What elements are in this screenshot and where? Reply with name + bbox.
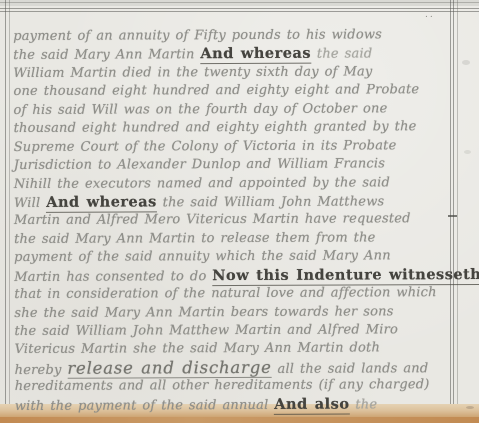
handwritten-text-segment: the said bbox=[311, 47, 372, 62]
handwritten-text-segment: Jurisdiction to Alexander Dunlop and Wil… bbox=[14, 156, 385, 173]
scan-edge-shading-top bbox=[0, 0, 479, 6]
handwritten-text-segment: of his said Will was on the fourth day o… bbox=[13, 101, 387, 118]
text-line: with the payment of the said annual And … bbox=[15, 395, 465, 415]
ruled-border-left-line1 bbox=[5, 0, 6, 423]
handwritten-text-segment: Martin has consented to do bbox=[14, 269, 212, 285]
text-line: Martin and Alfred Mero Vitericus Martin … bbox=[14, 210, 464, 230]
handwritten-text-segment: the said Mary Ann Martin to release them… bbox=[14, 230, 376, 247]
handwritten-text-segment: she the said Mary Ann Martin bears towar… bbox=[14, 304, 393, 321]
handwritten-text-segment: one thousand eight hundred and eighty ei… bbox=[13, 83, 419, 100]
handwritten-text-segment: Will bbox=[14, 196, 46, 211]
ruled-border-left-line2 bbox=[9, 0, 10, 423]
smudge bbox=[466, 406, 474, 409]
handwritten-text-segment: Nihill the executors named and appointed… bbox=[14, 175, 390, 192]
scan-edge-band-bottom-dark bbox=[0, 417, 479, 423]
text-line: the said William John Matthew Martin and… bbox=[14, 321, 464, 341]
pen-tick-mark bbox=[448, 215, 457, 217]
text-line: payment of an annuity of Fifty pounds to… bbox=[13, 26, 463, 46]
text-line: she the said Mary Ann Martin bears towar… bbox=[14, 303, 464, 323]
text-line: of his said Will was on the fourth day o… bbox=[13, 100, 463, 120]
emphasized-text-segment: And whereas bbox=[46, 193, 157, 212]
smudge bbox=[464, 150, 471, 154]
handwritten-text-segment: payment of an annuity of Fifty pounds to… bbox=[13, 27, 382, 44]
handwritten-text-segment: hereditaments and all other hereditament… bbox=[15, 377, 430, 394]
text-line: that in consideration of the natural lov… bbox=[14, 284, 464, 304]
emphasized-text-segment: And also bbox=[274, 395, 349, 414]
text-line: one thousand eight hundred and eighty ei… bbox=[13, 81, 463, 101]
handwritten-text-segment: with the payment of the said annual bbox=[15, 398, 275, 414]
text-line: Jurisdiction to Alexander Dunlop and Wil… bbox=[14, 155, 464, 175]
emphasized-text-segment: release and discharge bbox=[67, 358, 271, 379]
handwritten-text-block: payment of an annuity of Fifty pounds to… bbox=[13, 26, 465, 415]
text-line: William Martin died in the twenty sixth … bbox=[13, 63, 463, 83]
handwritten-text-segment: William Martin died in the twenty sixth … bbox=[13, 64, 372, 81]
text-line: Supreme Court of the Colony of Victoria … bbox=[14, 137, 464, 157]
text-line: hereditaments and all other hereditament… bbox=[15, 376, 465, 396]
handwritten-text-segment: hereby bbox=[15, 363, 68, 378]
text-line: Vitericus Martin she the said Mary Ann M… bbox=[15, 339, 465, 359]
text-line: Nihill the executors named and appointed… bbox=[14, 174, 464, 194]
handwritten-text-segment: thousand eight hundred and eighty eighth… bbox=[14, 119, 417, 136]
handwritten-text-segment: Vitericus Martin she the said Mary Ann M… bbox=[15, 341, 381, 358]
handwritten-text-segment: Martin and Alfred Mero Vitericus Martin … bbox=[14, 212, 411, 229]
text-line: thousand eight hundred and eighty eighth… bbox=[14, 118, 464, 138]
document-page: .. payment of an annuity of Fifty pounds… bbox=[0, 0, 479, 423]
handwritten-text-segment: Supreme Court of the Colony of Victoria … bbox=[14, 138, 397, 155]
emphasized-text-segment: And whereas bbox=[200, 45, 311, 64]
text-line: Martin has consented to do Now this Inde… bbox=[14, 266, 464, 286]
handwritten-text-segment: the said William John Matthews bbox=[157, 194, 385, 210]
ink-dots-mark: .. bbox=[425, 10, 435, 20]
emphasized-text-segment: Now this Indenture witnesseth bbox=[212, 266, 479, 286]
text-line: the said Mary Ann Martin to release them… bbox=[14, 229, 464, 249]
handwritten-text-segment: the said William John Matthew Martin and… bbox=[14, 322, 398, 339]
ruled-border-top-line1 bbox=[0, 8, 479, 9]
text-line: hereby release and discharge all the sai… bbox=[15, 358, 465, 378]
text-line: the said Mary Ann Martin And whereas the… bbox=[13, 44, 463, 64]
handwritten-text-segment: the said Mary Ann Martin bbox=[13, 48, 200, 64]
ruled-border-top-line2 bbox=[0, 11, 479, 12]
text-line: payment of the said annuity which the sa… bbox=[14, 247, 464, 267]
ruled-border-top-outer bbox=[0, 2, 479, 3]
handwritten-text-segment: that in consideration of the natural lov… bbox=[14, 285, 436, 302]
handwritten-text-segment: all the said lands and bbox=[272, 361, 429, 377]
handwritten-text-segment: the bbox=[349, 397, 377, 412]
text-line: Will And whereas the said William John M… bbox=[14, 192, 464, 212]
handwritten-text-segment: payment of the said annuity which the sa… bbox=[14, 249, 391, 266]
